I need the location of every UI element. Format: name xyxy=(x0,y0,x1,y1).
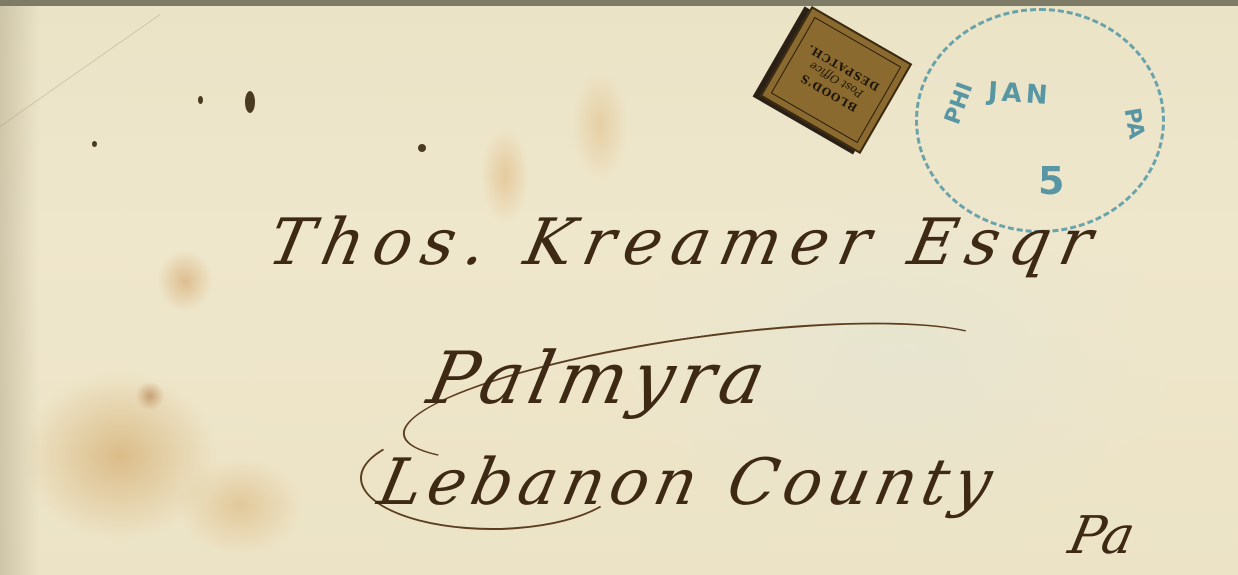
postmark-state-partial: PA xyxy=(1119,106,1149,141)
ink-speck xyxy=(92,141,97,147)
stamp-frame: BLOOD'S Post Office DESPATCH. xyxy=(771,17,902,143)
address-state: Pa xyxy=(1064,506,1140,566)
ink-speck xyxy=(198,96,203,104)
address-recipient: Thos. Kreamer Esqr xyxy=(262,206,1109,280)
bloods-despatch-stamp: BLOOD'S Post Office DESPATCH. xyxy=(760,6,912,154)
circular-postmark: PHI JAN PA 5 xyxy=(915,8,1165,233)
address-town: Palmyra xyxy=(421,336,778,420)
postmark-day: 5 xyxy=(1038,159,1064,203)
postmark-month: JAN xyxy=(987,77,1053,111)
postmark-city-partial: PHI xyxy=(940,79,978,128)
envelope-flap-crease xyxy=(0,0,160,127)
address-county: Lebanon County xyxy=(372,446,1004,520)
ink-speck xyxy=(245,91,255,113)
envelope: BLOOD'S Post Office DESPATCH. PHI JAN PA… xyxy=(0,0,1238,575)
ink-speck xyxy=(418,144,426,152)
